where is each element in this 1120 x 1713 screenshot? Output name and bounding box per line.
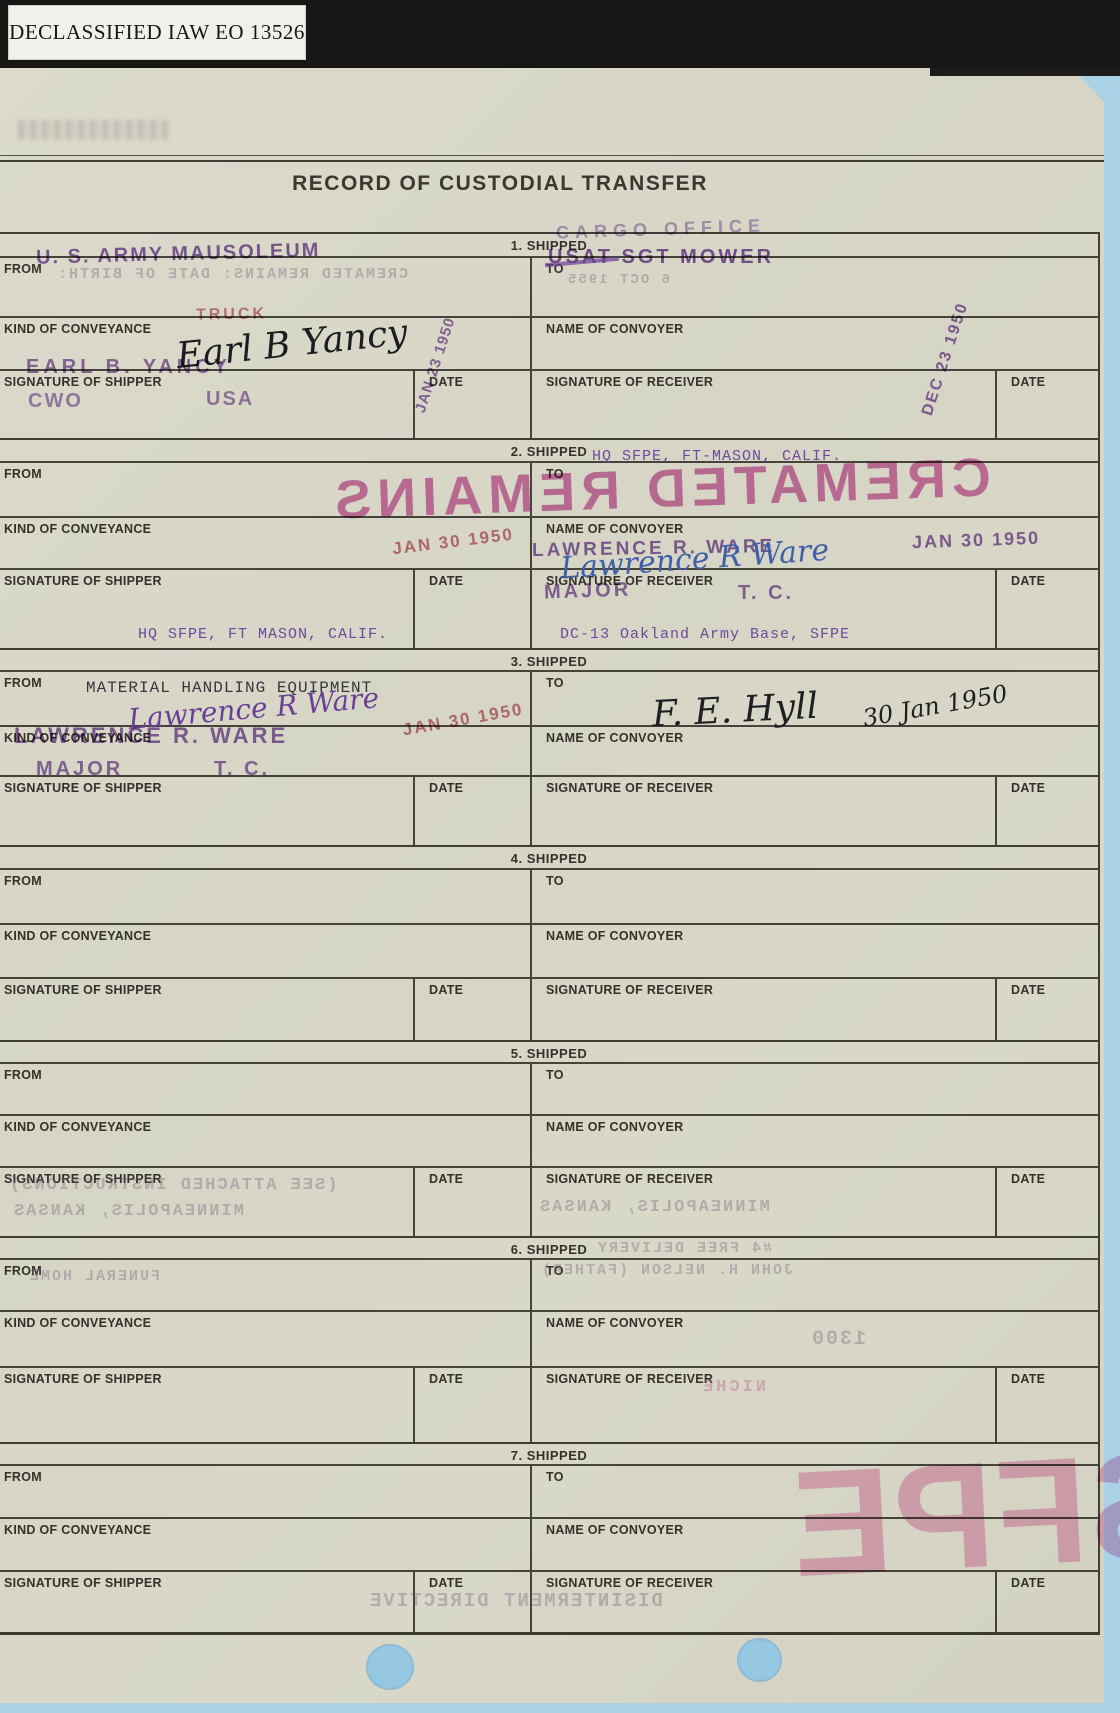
declassified-sticker: DECLASSIFIED IAW EO 13526 bbox=[8, 5, 306, 60]
section-2: 2. SHIPPED FROM TO KIND OF CONVEYANCE NA… bbox=[0, 438, 1100, 648]
s3-kind-cell: KIND OF CONVEYANCE bbox=[0, 725, 530, 775]
shipper-label: SIGNATURE OF SHIPPER bbox=[0, 570, 413, 588]
s5-shipper-sig-cell: SIGNATURE OF SHIPPER bbox=[0, 1166, 413, 1236]
s2-shipper-date-cell: DATE bbox=[413, 568, 530, 648]
s5-receiver-sig-cell: SIGNATURE OF RECEIVER bbox=[530, 1166, 995, 1236]
kind-label: KIND OF CONVEYANCE bbox=[0, 518, 530, 536]
punched-hole bbox=[366, 1644, 414, 1690]
date-label: DATE bbox=[997, 1572, 1098, 1590]
s7-shipper-date-cell: DATE bbox=[413, 1570, 530, 1632]
section-3: 3. SHIPPED FROM TO KIND OF CONVEYANCE NA… bbox=[0, 648, 1100, 845]
to-label: TO bbox=[532, 258, 1098, 276]
receiver-label: SIGNATURE OF RECEIVER bbox=[532, 1368, 995, 1386]
date-label: DATE bbox=[415, 777, 530, 795]
s7-kind-cell: KIND OF CONVEYANCE bbox=[0, 1517, 530, 1570]
convoyer-label: NAME OF CONVOYER bbox=[532, 318, 1098, 336]
s5-receiver-date-cell: DATE bbox=[995, 1166, 1098, 1236]
receiver-label: SIGNATURE OF RECEIVER bbox=[532, 1572, 995, 1590]
from-label: FROM bbox=[0, 1466, 530, 1484]
kind-label: KIND OF CONVEYANCE bbox=[0, 727, 530, 745]
date-label: DATE bbox=[997, 777, 1098, 795]
s7-to-cell: TO bbox=[530, 1464, 1098, 1517]
shipper-label: SIGNATURE OF SHIPPER bbox=[0, 777, 413, 795]
date-label: DATE bbox=[415, 1368, 530, 1386]
section-1-header: 1. SHIPPED bbox=[0, 232, 1098, 256]
s1-from-cell: FROM bbox=[0, 256, 530, 316]
kind-label: KIND OF CONVEYANCE bbox=[0, 1116, 530, 1134]
section-1: 1. SHIPPED FROM TO KIND OF CONVEYANCE NA… bbox=[0, 232, 1100, 438]
receiver-label: SIGNATURE OF RECEIVER bbox=[532, 777, 995, 795]
s1-to-cell: TO bbox=[530, 256, 1098, 316]
date-label: DATE bbox=[997, 979, 1098, 997]
s6-convoyer-cell: NAME OF CONVOYER bbox=[530, 1310, 1098, 1366]
s4-convoyer-cell: NAME OF CONVOYER bbox=[530, 923, 1098, 977]
section-7-header: 7. SHIPPED bbox=[0, 1442, 1098, 1464]
s6-kind-cell: KIND OF CONVEYANCE bbox=[0, 1310, 530, 1366]
s4-shipper-date-cell: DATE bbox=[413, 977, 530, 1040]
s2-from-cell: FROM bbox=[0, 461, 530, 516]
date-label: DATE bbox=[415, 570, 530, 588]
to-label: TO bbox=[532, 870, 1098, 888]
kind-label: KIND OF CONVEYANCE bbox=[0, 1312, 530, 1330]
s5-to-cell: TO bbox=[530, 1062, 1098, 1114]
section-2-header: 2. SHIPPED bbox=[0, 438, 1098, 461]
from-label: FROM bbox=[0, 672, 530, 690]
from-label: FROM bbox=[0, 258, 530, 276]
section-5-header: 5. SHIPPED bbox=[0, 1040, 1098, 1062]
date-label: DATE bbox=[415, 1168, 530, 1186]
section-4: 4. SHIPPED FROM TO KIND OF CONVEYANCE NA… bbox=[0, 845, 1100, 1040]
s5-shipper-date-cell: DATE bbox=[413, 1166, 530, 1236]
s4-from-cell: FROM bbox=[0, 868, 530, 923]
shipper-label: SIGNATURE OF SHIPPER bbox=[0, 371, 413, 389]
section-3-header: 3. SHIPPED bbox=[0, 648, 1098, 670]
s5-convoyer-cell: NAME OF CONVOYER bbox=[530, 1114, 1098, 1166]
section-6: 6. SHIPPED FROM TO KIND OF CONVEYANCE NA… bbox=[0, 1236, 1100, 1442]
page-title: RECORD OF CUSTODIAL TRANSFER bbox=[0, 172, 1000, 196]
from-label: FROM bbox=[0, 463, 530, 481]
section-7: 7. SHIPPED FROM TO KIND OF CONVEYANCE NA… bbox=[0, 1442, 1100, 1635]
s6-from-cell: FROM bbox=[0, 1258, 530, 1310]
scanned-document-page: RECORD OF CUSTODIAL TRANSFER 1. SHIPPED … bbox=[0, 0, 1120, 1713]
s1-receiver-sig-cell: SIGNATURE OF RECEIVER bbox=[530, 369, 995, 438]
receiver-label: SIGNATURE OF RECEIVER bbox=[532, 1168, 995, 1186]
s1-shipper-sig-cell: SIGNATURE OF SHIPPER bbox=[0, 369, 413, 438]
s5-from-cell: FROM bbox=[0, 1062, 530, 1114]
s1-kind-cell: KIND OF CONVEYANCE bbox=[0, 316, 530, 369]
s2-receiver-sig-cell: SIGNATURE OF RECEIVER bbox=[530, 568, 995, 648]
to-label: TO bbox=[532, 1260, 1098, 1278]
s1-convoyer-cell: NAME OF CONVOYER bbox=[530, 316, 1098, 369]
date-label: DATE bbox=[997, 1168, 1098, 1186]
date-label: DATE bbox=[997, 371, 1098, 389]
to-label: TO bbox=[532, 1064, 1098, 1082]
s2-shipper-sig-cell: SIGNATURE OF SHIPPER bbox=[0, 568, 413, 648]
s3-shipper-date-cell: DATE bbox=[413, 775, 530, 845]
receiver-label: SIGNATURE OF RECEIVER bbox=[532, 979, 995, 997]
date-label: DATE bbox=[415, 371, 530, 389]
s2-receiver-date-cell: DATE bbox=[995, 568, 1098, 648]
form-top-rule-thin bbox=[0, 155, 1104, 156]
convoyer-label: NAME OF CONVOYER bbox=[532, 1312, 1098, 1330]
s2-kind-cell: KIND OF CONVEYANCE bbox=[0, 516, 530, 568]
s3-from-cell: FROM bbox=[0, 670, 530, 725]
s1-receiver-date-cell: DATE bbox=[995, 369, 1098, 438]
to-label: TO bbox=[532, 1466, 1098, 1484]
form-top-rule-thick bbox=[0, 160, 1104, 162]
convoyer-label: NAME OF CONVOYER bbox=[532, 727, 1098, 745]
s3-shipper-sig-cell: SIGNATURE OF SHIPPER bbox=[0, 775, 413, 845]
convoyer-label: NAME OF CONVOYER bbox=[532, 1116, 1098, 1134]
s4-receiver-date-cell: DATE bbox=[995, 977, 1098, 1040]
s3-convoyer-cell: NAME OF CONVOYER bbox=[530, 725, 1098, 775]
s3-receiver-date-cell: DATE bbox=[995, 775, 1098, 845]
s6-receiver-sig-cell: SIGNATURE OF RECEIVER bbox=[530, 1366, 995, 1442]
convoyer-label: NAME OF CONVOYER bbox=[532, 925, 1098, 943]
convoyer-label: NAME OF CONVOYER bbox=[532, 518, 1098, 536]
date-label: DATE bbox=[415, 979, 530, 997]
s4-shipper-sig-cell: SIGNATURE OF SHIPPER bbox=[0, 977, 413, 1040]
s6-receiver-date-cell: DATE bbox=[995, 1366, 1098, 1442]
s3-to-cell: TO bbox=[530, 670, 1098, 725]
s2-convoyer-cell: NAME OF CONVOYER bbox=[530, 516, 1098, 568]
kind-label: KIND OF CONVEYANCE bbox=[0, 1519, 530, 1537]
s2-to-cell: TO bbox=[530, 461, 1098, 516]
s6-to-cell: TO bbox=[530, 1258, 1098, 1310]
s4-receiver-sig-cell: SIGNATURE OF RECEIVER bbox=[530, 977, 995, 1040]
convoyer-label: NAME OF CONVOYER bbox=[532, 1519, 1098, 1537]
s7-receiver-sig-cell: SIGNATURE OF RECEIVER bbox=[530, 1570, 995, 1632]
from-label: FROM bbox=[0, 1260, 530, 1278]
s7-receiver-date-cell: DATE bbox=[995, 1570, 1098, 1632]
kind-label: KIND OF CONVEYANCE bbox=[0, 925, 530, 943]
date-label: DATE bbox=[415, 1572, 530, 1590]
from-label: FROM bbox=[0, 870, 530, 888]
receiver-label: SIGNATURE OF RECEIVER bbox=[532, 371, 995, 389]
shipper-label: SIGNATURE OF SHIPPER bbox=[0, 1168, 413, 1186]
section-4-header: 4. SHIPPED bbox=[0, 845, 1098, 868]
declassified-text: DECLASSIFIED IAW EO 13526 bbox=[9, 20, 305, 45]
shipper-label: SIGNATURE OF SHIPPER bbox=[0, 1368, 413, 1386]
section-5: 5. SHIPPED FROM TO KIND OF CONVEYANCE NA… bbox=[0, 1040, 1100, 1236]
shipper-label: SIGNATURE OF SHIPPER bbox=[0, 1572, 413, 1590]
to-label: TO bbox=[532, 463, 1098, 481]
kind-label: KIND OF CONVEYANCE bbox=[0, 318, 530, 336]
shipper-label: SIGNATURE OF SHIPPER bbox=[0, 979, 413, 997]
s5-kind-cell: KIND OF CONVEYANCE bbox=[0, 1114, 530, 1166]
s7-from-cell: FROM bbox=[0, 1464, 530, 1517]
section-6-header: 6. SHIPPED bbox=[0, 1236, 1098, 1258]
s6-shipper-date-cell: DATE bbox=[413, 1366, 530, 1442]
punched-hole bbox=[737, 1638, 782, 1682]
to-label: TO bbox=[532, 672, 1098, 690]
s7-convoyer-cell: NAME OF CONVOYER bbox=[530, 1517, 1098, 1570]
s3-receiver-sig-cell: SIGNATURE OF RECEIVER bbox=[530, 775, 995, 845]
s4-to-cell: TO bbox=[530, 868, 1098, 923]
date-label: DATE bbox=[997, 570, 1098, 588]
s6-shipper-sig-cell: SIGNATURE OF SHIPPER bbox=[0, 1366, 413, 1442]
date-label: DATE bbox=[997, 1368, 1098, 1386]
s4-kind-cell: KIND OF CONVEYANCE bbox=[0, 923, 530, 977]
from-label: FROM bbox=[0, 1064, 530, 1082]
s1-shipper-date-cell: DATE bbox=[413, 369, 530, 438]
receiver-label: SIGNATURE OF RECEIVER bbox=[532, 570, 995, 588]
s7-shipper-sig-cell: SIGNATURE OF SHIPPER bbox=[0, 1570, 413, 1632]
